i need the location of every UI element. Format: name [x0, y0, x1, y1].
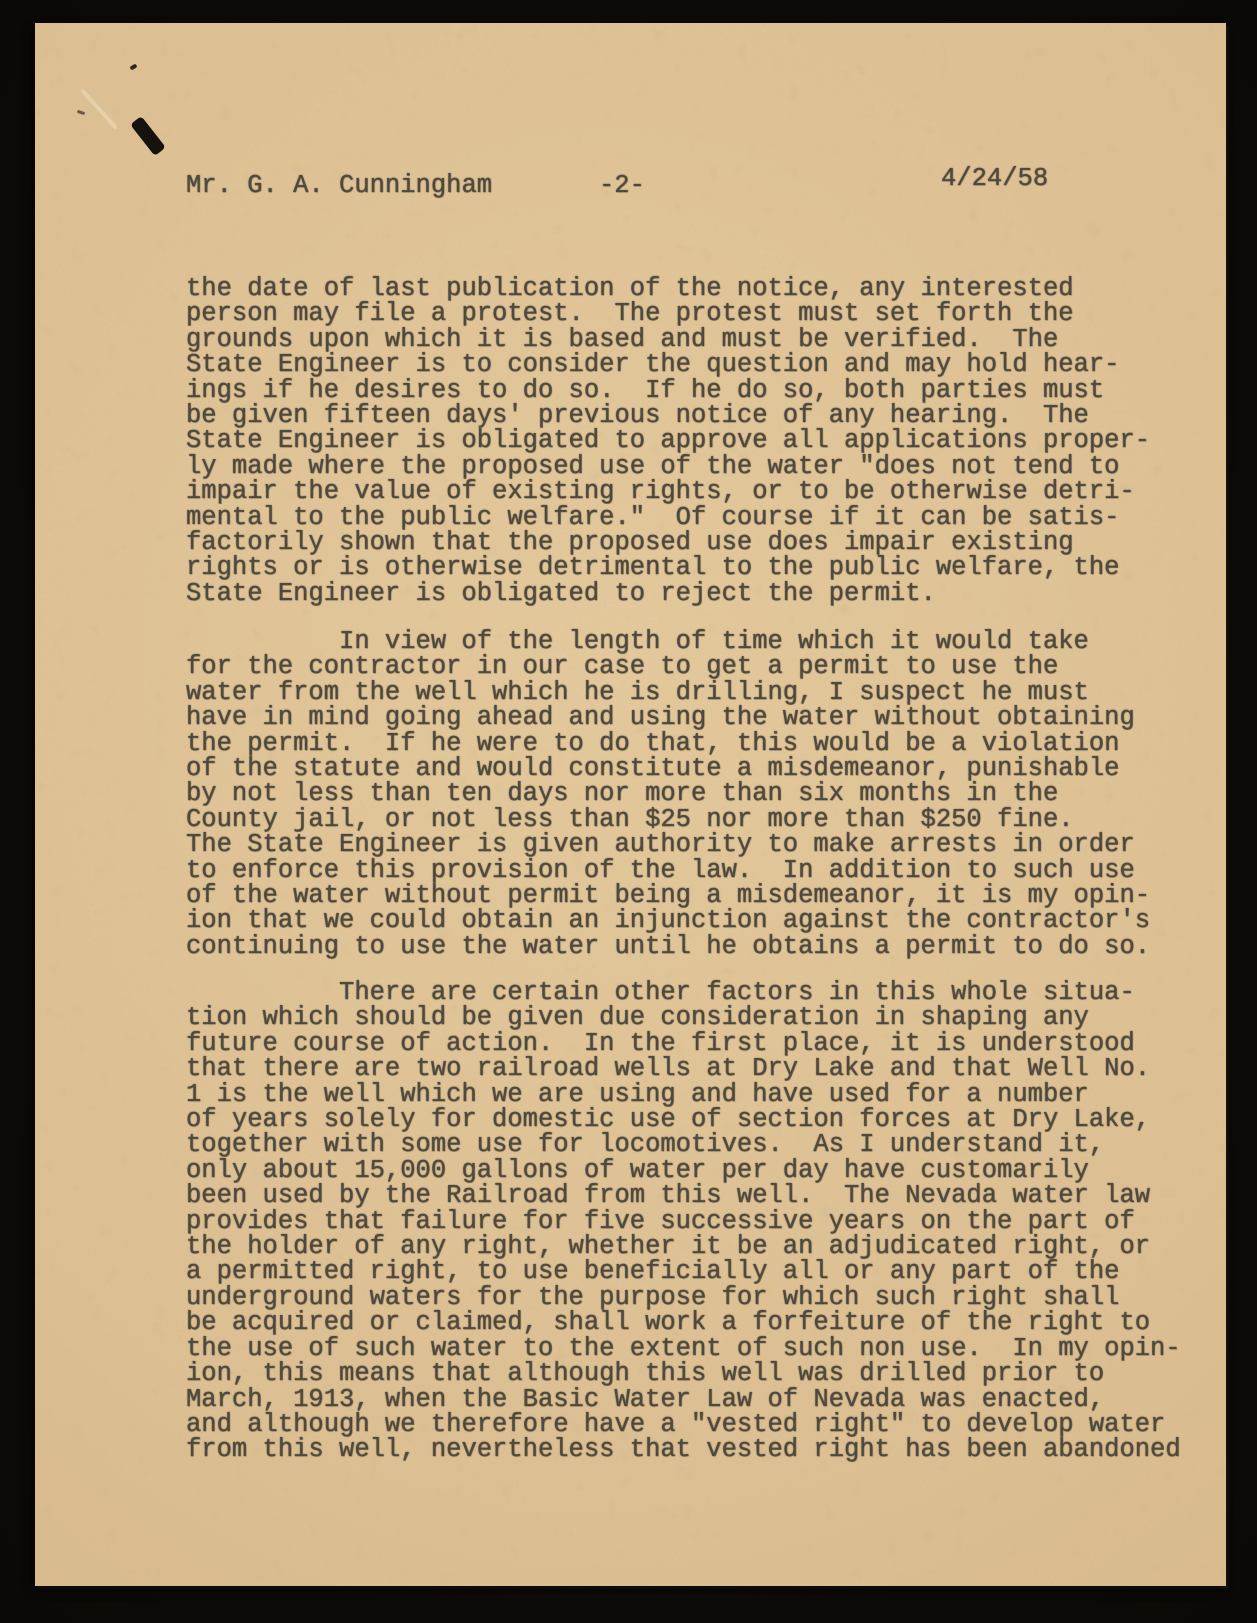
paper-scratch	[80, 88, 118, 129]
body-paragraph-2: In view of the length of time which it w…	[186, 629, 1150, 959]
header-date: 4/24/58	[941, 166, 1048, 191]
ink-speck	[77, 110, 86, 115]
body-paragraph-1: the date of last publication of the noti…	[186, 276, 1150, 606]
diagonal-ink-mark	[130, 116, 166, 156]
ink-speck	[129, 64, 137, 71]
header-recipient: Mr. G. A. Cunningham	[186, 173, 492, 198]
body-paragraph-3: There are certain other factors in this …	[186, 980, 1181, 1463]
header-page-number: -2-	[599, 173, 645, 198]
letter-page: Mr. G. A. Cunningham -2- 4/24/58 the dat…	[35, 23, 1226, 1586]
